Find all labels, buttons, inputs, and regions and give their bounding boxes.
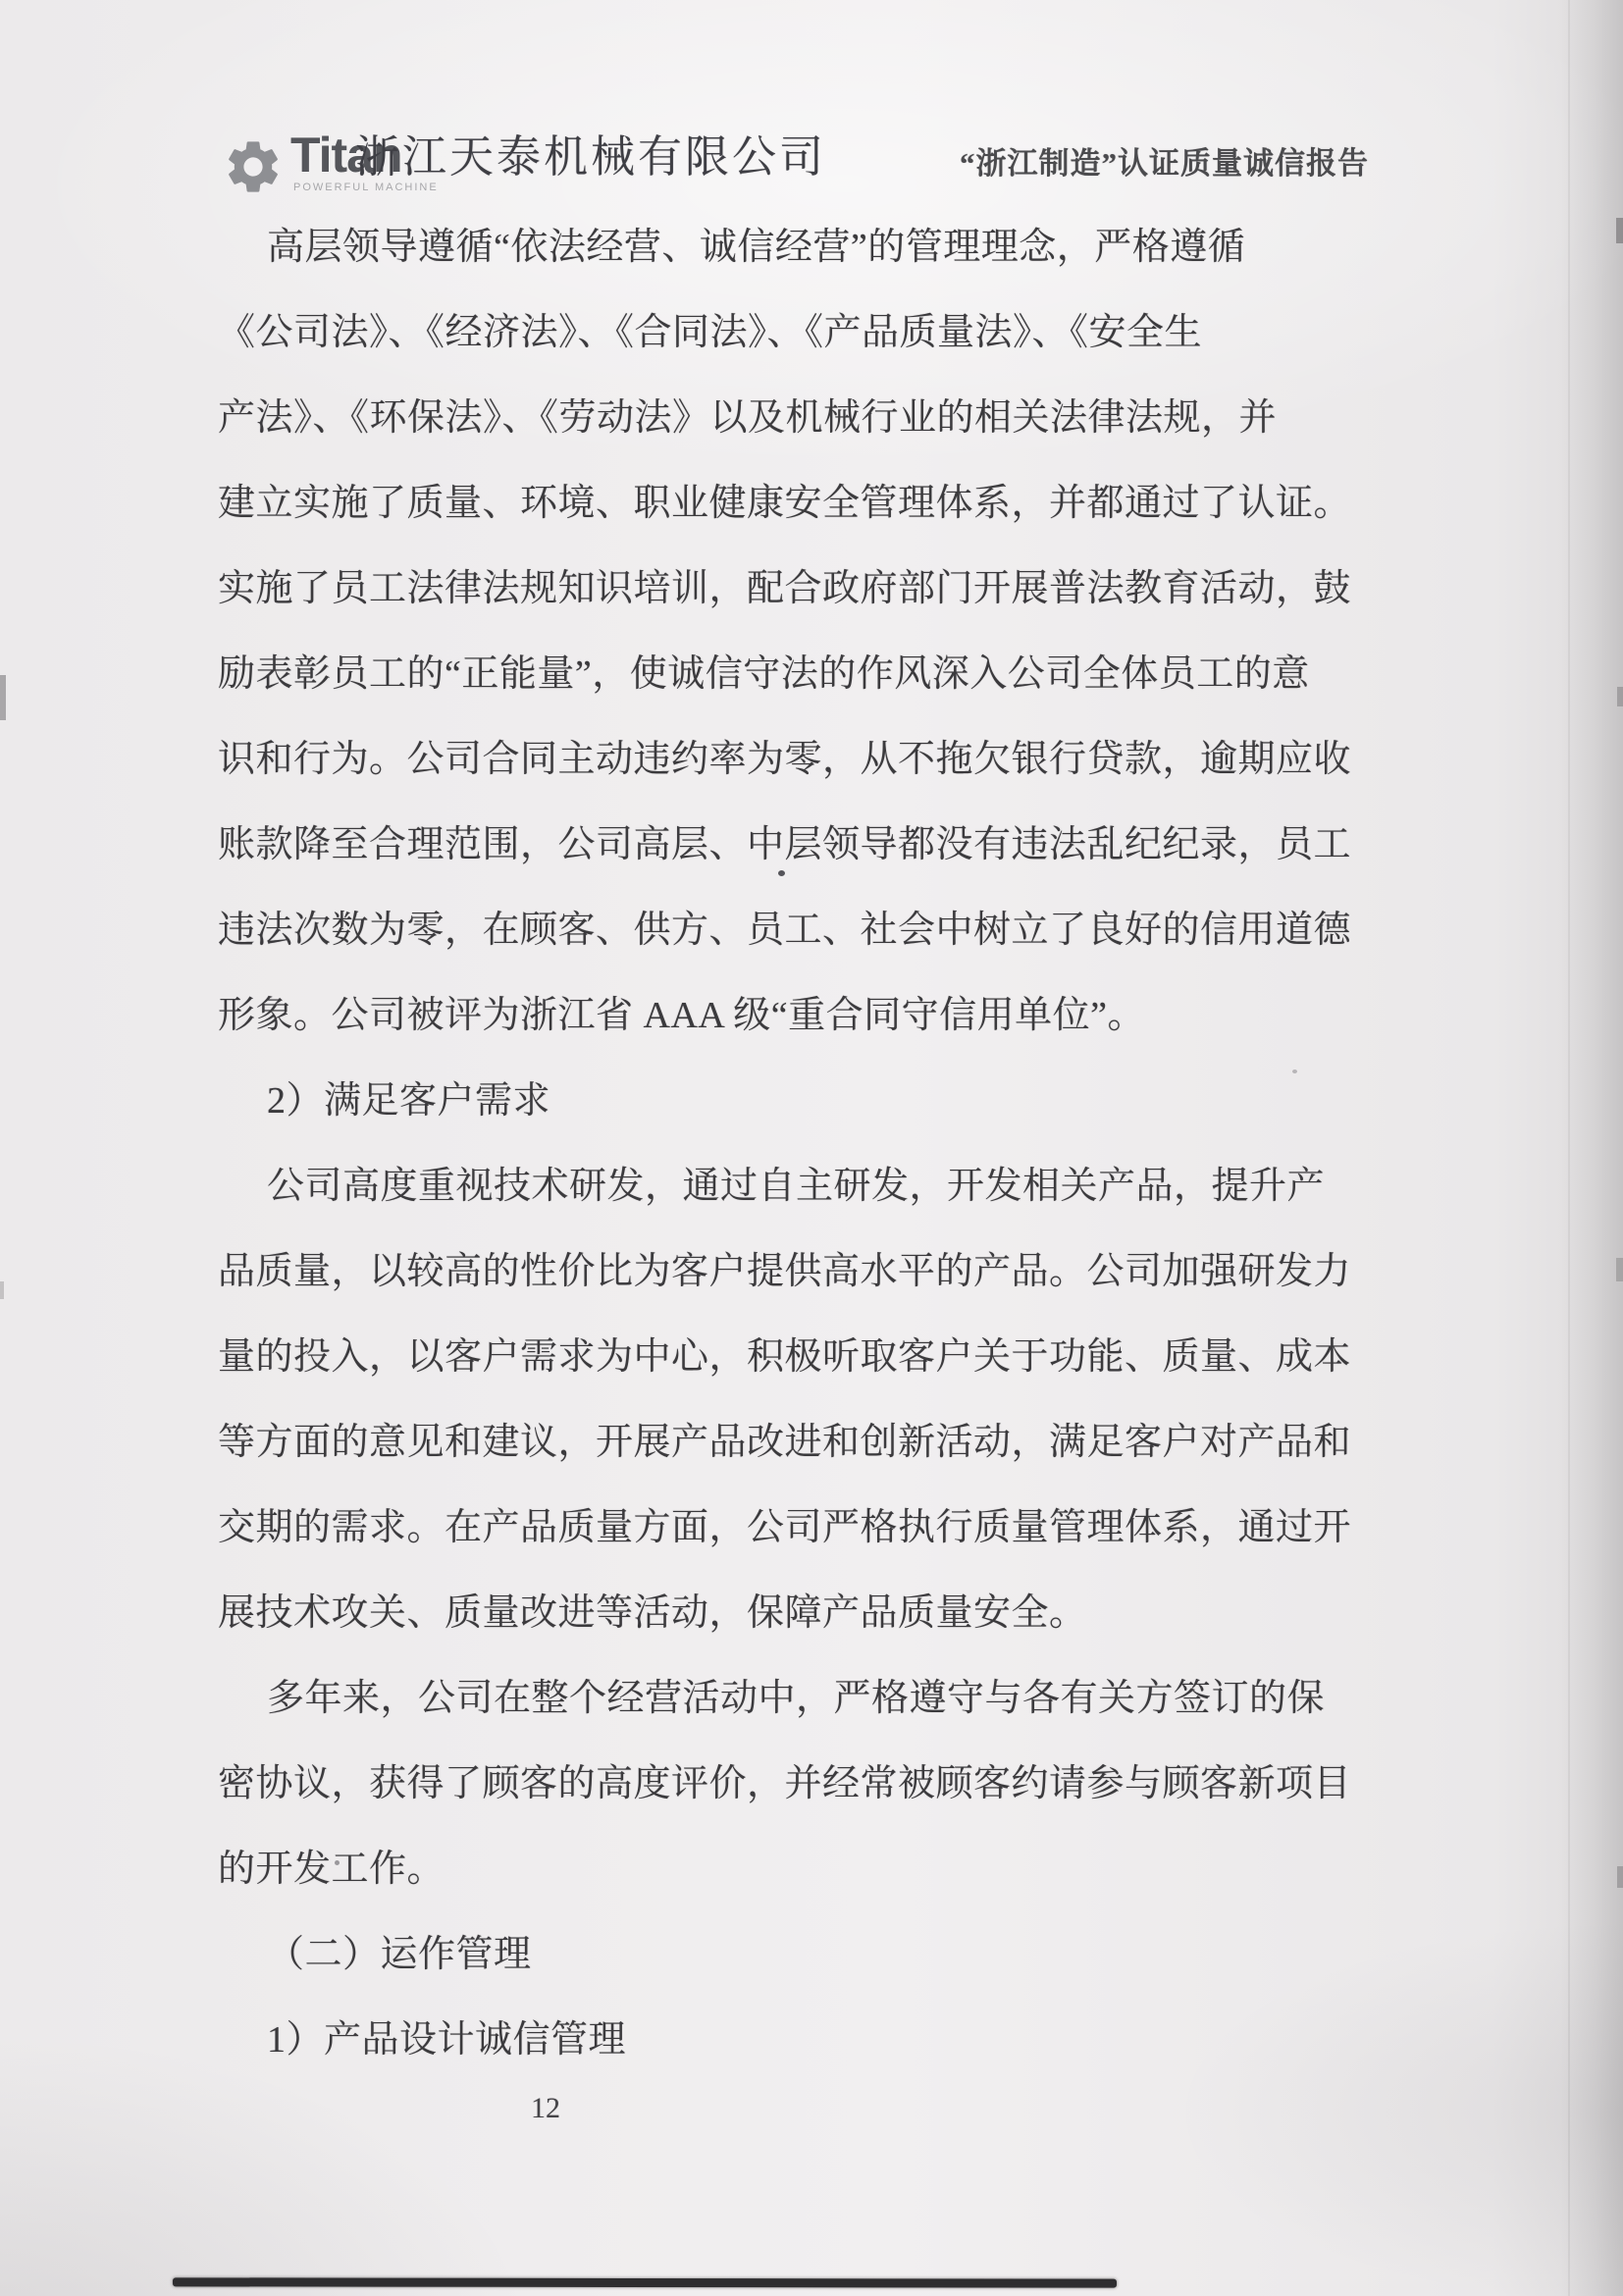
ink-speck — [1292, 1070, 1297, 1073]
text-line: 1）产品设计诚信管理 — [218, 1998, 1386, 2083]
text-line: 多年来，公司在整个经营活动中，严格遵守与各有关方签订的保 — [218, 1656, 1386, 1742]
text-line: 实施了员工法律法规知识培训，配合政府部门开展普法教育活动，鼓 — [218, 547, 1386, 632]
scan-edge-smudge — [0, 1281, 4, 1299]
scan-bottom-edge-line — [173, 2277, 1117, 2287]
ink-speck — [778, 870, 785, 876]
text-line: 形象。公司被评为浙江省 AAA 级“重合同守信用单位”。 — [218, 973, 1386, 1059]
text-line: 励表彰员工的“正能量”，使诚信守法的作风深入公司全体员工的意 — [218, 632, 1386, 717]
scan-edge-smudge — [1616, 218, 1623, 243]
text-line: 公司高度重视技术研发，通过自主研发，开发相关产品，提升产 — [218, 1144, 1386, 1229]
text-line: 违法次数为零，在顾客、供方、员工、社会中树立了良好的信用道德 — [218, 888, 1386, 973]
scan-edge-smudge — [1616, 1258, 1623, 1281]
report-title: “浙江制造”认证质量诚信报告 — [960, 143, 1369, 184]
text-line: 密协议，获得了顾客的高度评价，并经常被顾客约请参与顾客新项目 — [218, 1742, 1386, 1827]
scan-right-crease — [1568, 0, 1570, 2296]
text-line: 品质量，以较高的性价比为客户提供高水平的产品。公司加强研发力 — [218, 1229, 1386, 1315]
text-line: 产法》、《环保法》、《劳动法》以及机械行业的相关法律法规，并 — [218, 376, 1386, 461]
text-line: 账款降至合理范围，公司高层、中层领导都没有违法乱纪纪录，员工 — [218, 803, 1386, 888]
scan-edge-smudge — [1617, 1866, 1623, 1888]
text-line: 等方面的意见和建议，开展产品改进和创新活动，满足客户对产品和 — [218, 1400, 1386, 1486]
text-line: 识和行为。公司合同主动违约率为零，从不拖欠银行贷款，逾期应收 — [218, 717, 1386, 803]
text-line: 2）满足客户需求 — [218, 1059, 1386, 1144]
text-line: 高层领导遵循“依法经营、诚信经营”的管理理念，严格遵循 — [218, 205, 1386, 290]
company-name: 浙江天泰机械有限公司 — [355, 128, 826, 186]
scanned-page: Titan POWERFUL MACHINE 浙江天泰机械有限公司 “浙江制造”… — [0, 0, 1623, 2296]
page-number: 12 — [531, 2092, 560, 2125]
text-line: 量的投入，以客户需求为中心，积极听取客户关于功能、质量、成本 — [218, 1315, 1386, 1400]
text-line: 展技术攻关、质量改进等活动，保障产品质量安全。 — [218, 1571, 1386, 1656]
gear-icon — [222, 135, 285, 198]
text-line: 《公司法》、《经济法》、《合同法》、《产品质量法》、《安全生 — [218, 290, 1386, 376]
scan-edge-smudge — [1617, 687, 1623, 706]
ink-speck — [335, 1860, 340, 1865]
text-line: 的开发工作。 — [218, 1827, 1386, 1912]
text-line: （二）运作管理 — [218, 1912, 1386, 1998]
text-line: 交期的需求。在产品质量方面，公司严格执行质量管理体系，通过开 — [218, 1486, 1386, 1571]
text-line: 建立实施了质量、环境、职业健康安全管理体系，并都通过了认证。 — [218, 461, 1386, 547]
scan-edge-smudge — [0, 675, 6, 720]
document-body: 高层领导遵循“依法经营、诚信经营”的管理理念，严格遵循《公司法》、《经济法》、《… — [218, 205, 1386, 2083]
